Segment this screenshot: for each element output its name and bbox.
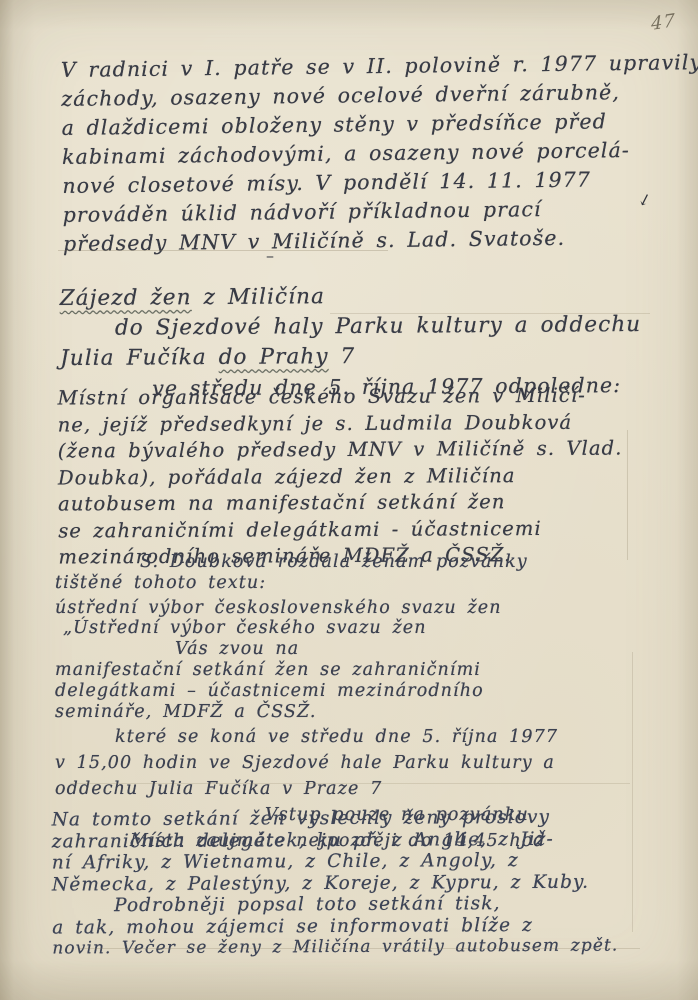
handwritten-line: autobusem na manifestační setkání žen xyxy=(58,489,623,518)
faint-crease-line xyxy=(627,430,628,560)
handwritten-line: Vás zvou na xyxy=(55,639,558,660)
title-text: z Miličína xyxy=(192,284,325,310)
handwritten-line: S. Doubková rozdala ženám pozvánky xyxy=(55,552,558,573)
handwritten-line: tištěné tohoto textu: xyxy=(55,573,558,594)
handwritten-line: zahraničních delegátek, ku př. z Anglie,… xyxy=(52,828,618,852)
handwritten-line: Německa, z Palestýny, z Koreje, z Kypru,… xyxy=(52,871,618,895)
handwritten-line: Místní organisace českého Svazu žen v Mi… xyxy=(58,383,623,412)
faint-guideline xyxy=(58,250,388,251)
handwritten-line: Podrobněji popsal toto setkání tisk, xyxy=(52,893,618,917)
handwritten-line: Na tomto setkání žen vyslechly ženy pros… xyxy=(52,807,618,831)
title-text: 7 xyxy=(328,344,355,369)
paragraph-renovation: V radnici v I. patře se v II. polovině r… xyxy=(61,48,698,259)
underlined-title-text: Zájezd žen xyxy=(60,285,192,311)
handwritten-line: ústřední výbor československého svazu že… xyxy=(55,598,558,619)
handwritten-line: ní Afriky, z Wietnamu, z Chile, z Angoly… xyxy=(52,850,618,874)
page-number: 47 xyxy=(651,10,676,35)
title-text: Julia Fučíka xyxy=(60,345,219,371)
handwritten-line: v 15,00 hodin ve Sjezdové hale Parku kul… xyxy=(55,753,558,774)
paragraph-delegates: Na tomto setkání žen vyslechly ženy pros… xyxy=(52,807,619,960)
handwritten-line: a tak, mohou zájemci se informovati blíž… xyxy=(52,914,618,938)
faint-guideline xyxy=(80,948,640,949)
handwritten-line: manifestační setkání žen se zahraničními xyxy=(55,660,558,681)
stray-dash-mark: – xyxy=(266,246,274,265)
handwritten-line: které se koná ve středu dne 5. října 197… xyxy=(55,727,558,748)
handwritten-line: „Ústřední výbor českého svazu žen xyxy=(55,618,558,639)
handwritten-line: (žena bývalého předsedy MNV v Miličíně s… xyxy=(58,436,623,465)
chronicle-page: 47 V radnici v I. patře se v II. polovin… xyxy=(0,0,698,1000)
handwritten-line: Julia Fučíka do Prahy 7 xyxy=(60,340,642,374)
handwritten-line: Doubka), pořádala zájezd žen z Miličína xyxy=(58,462,623,491)
handwritten-line: delegátkami – účastnicemi mezinárodního xyxy=(55,681,558,702)
faint-guideline xyxy=(70,783,630,784)
handwritten-line: do Sjezdové haly Parku kultury a oddechu xyxy=(60,310,642,344)
handwritten-line: semináře, MDFŽ a ČSSŽ. xyxy=(55,702,558,723)
paragraph-organisation: Místní organisace českého Svazu žen v Mi… xyxy=(58,383,624,571)
handwritten-line: se zahraničními delegátkami - účastnicem… xyxy=(58,515,623,544)
handwritten-line: ne, jejíž předsedkyní je s. Ludmila Doub… xyxy=(58,409,623,438)
underlined-title-text: do Prahy xyxy=(219,344,329,370)
faint-guideline xyxy=(330,313,650,314)
handwritten-line: Zájezd žen z Miličína xyxy=(60,280,642,314)
faint-crease-line xyxy=(632,652,633,932)
